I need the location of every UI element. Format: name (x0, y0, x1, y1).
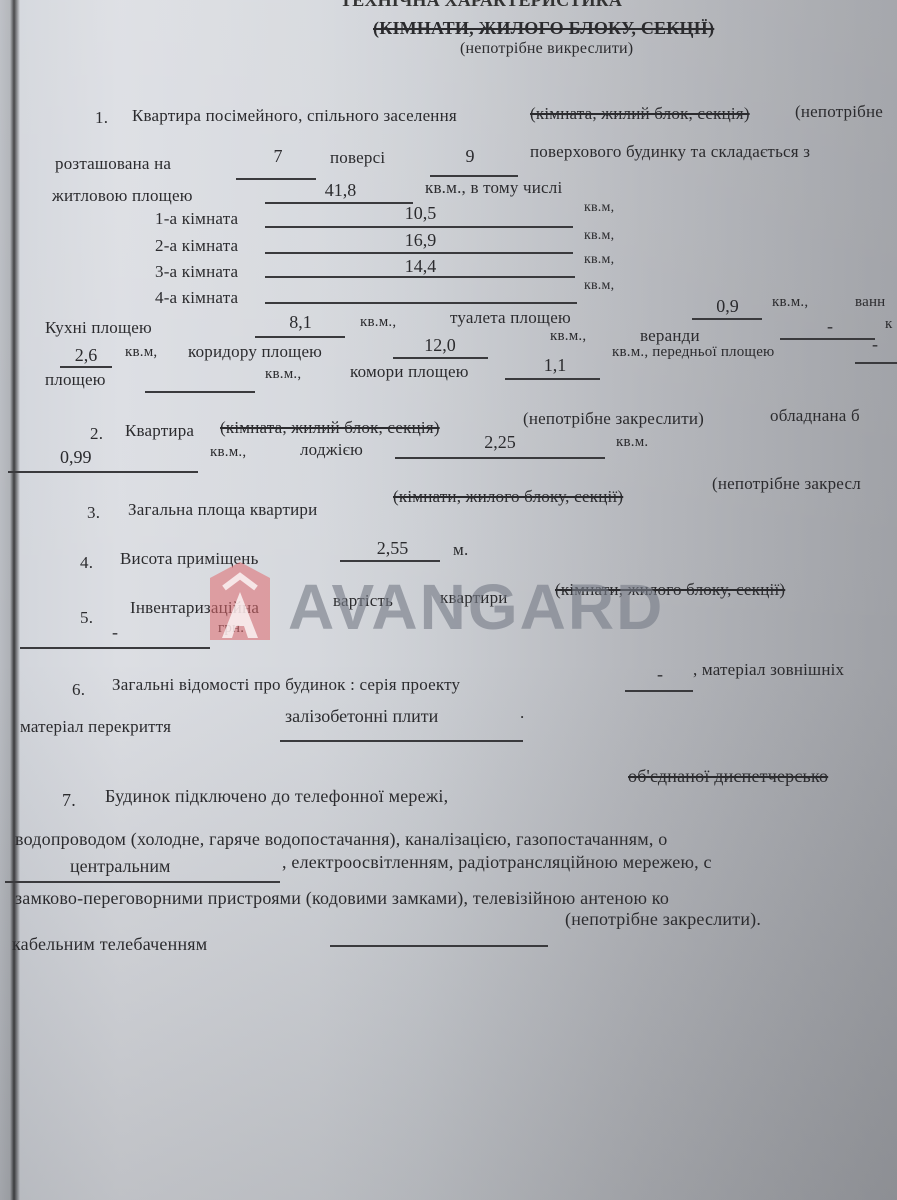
room-2-value: 16,9 (268, 230, 573, 251)
floor-material-line (280, 740, 523, 742)
balcony-line (8, 471, 198, 473)
item7-text: Будинок підключено до телефонної мережі, (105, 786, 448, 807)
item2-text: Квартира (125, 421, 194, 441)
item1-number: 1. (95, 108, 108, 128)
living-area-value: 41,8 (268, 180, 413, 201)
corridor-value: 12,0 (395, 335, 485, 356)
corridor-unit: кв.м., (550, 328, 586, 345)
toilet-value: 0,9 (695, 296, 760, 317)
loggia-unit: кв.м. (616, 434, 648, 451)
item2-number: 2. (90, 424, 103, 444)
header-struck: (КІМНАТИ, ЖИЛОГО БЛОКУ, СЕКЦІЇ) (373, 18, 714, 39)
storage-unit: кв.м., передньої площею (612, 344, 774, 361)
item7-line4: замково-переговорними пристроями (кодови… (15, 888, 669, 909)
front-line (855, 362, 897, 364)
room-2-label: 2-а кімната (155, 236, 238, 256)
corridor-line (393, 357, 488, 359)
item1-text: Квартира посімейного, спільного заселенн… (132, 106, 457, 126)
walls-text: , матеріал зовнішніх (693, 660, 844, 680)
living-area-unit: кв.м., в тому числі (425, 178, 562, 198)
series-value: - (635, 664, 685, 685)
storage-line (505, 378, 600, 380)
series-line (625, 690, 693, 692)
item7-line2: водопроводом (холодне, гаряче водопостач… (15, 829, 667, 850)
line4-blank-line (145, 391, 255, 393)
floor-material-dot: . (520, 703, 524, 723)
living-area-label: житловою площею (52, 186, 193, 206)
height-line (340, 560, 440, 562)
loggia-value: 2,25 (400, 432, 600, 453)
cable-tv-label: кабельним телебаченням (12, 934, 207, 955)
room-1-value: 10,5 (268, 203, 573, 224)
room-3-value: 14,4 (268, 256, 573, 277)
floor-material-value: залізобетонні плити (285, 706, 510, 727)
room-1-line (265, 226, 573, 228)
heating-line (5, 881, 280, 883)
item2-equipped: обладнана б (770, 406, 860, 426)
storage-label: комори площею (350, 362, 469, 382)
item2-note: (непотрібне закреслити) (523, 409, 704, 429)
heating-value: центральним (70, 856, 240, 877)
item5-text2: вартість (333, 591, 393, 611)
room-1-label: 1-а кімната (155, 209, 238, 229)
line4-unit: кв.м., (265, 366, 301, 383)
floor-material-label: матеріал перекриття (20, 717, 171, 737)
room-3-unit: кв.м, (584, 252, 614, 268)
item5-number: 5. (80, 608, 93, 628)
item3-text: Загальна площа квартири (128, 500, 317, 520)
inventory-value: - (100, 622, 130, 643)
room-2-unit: кв.м, (584, 228, 614, 244)
floors-total-line (430, 175, 518, 177)
balcony-unit: кв.м., (210, 444, 246, 461)
front-value: - (860, 334, 890, 355)
item5-text1: Інвентаризаційна (130, 598, 259, 618)
room-4-line (265, 302, 577, 304)
kitchen-unit: кв.м., (360, 314, 396, 331)
line4-start: площею (45, 370, 106, 390)
item4-number: 4. (80, 553, 93, 573)
kitchen-label: Кухні площею (45, 318, 152, 338)
balcony-value: 0,99 (60, 447, 180, 468)
item7-number: 7. (62, 790, 76, 811)
corridor-label: коридору площею (188, 342, 322, 362)
height-value: 2,55 (345, 538, 440, 559)
bath-unit: кв.м, (125, 344, 157, 361)
floor-value: 7 (238, 146, 318, 167)
veranda-unit: к (885, 316, 893, 333)
bath-value: 2,6 (62, 345, 110, 366)
inventory-unit: грн. (218, 620, 244, 637)
storage-value: 1,1 (510, 355, 600, 376)
item7-line3: , електроосвітленням, радіотрансляційною… (282, 852, 712, 873)
room-3-label: 3-а кімната (155, 262, 238, 282)
room-4-label: 4-а кімната (155, 288, 238, 308)
item1-struck: (кімната, жилий блок, секція) (530, 104, 750, 124)
room-3-line (265, 276, 575, 278)
inventory-line (20, 647, 210, 649)
item7-struck: об'єднаної диспетчерсько (628, 766, 828, 787)
located-label: розташована на (55, 154, 171, 174)
item6-number: 6. (72, 680, 85, 700)
room-1-unit: кв.м, (584, 200, 614, 216)
room-2-line (265, 252, 573, 254)
floor-label: поверсі (330, 148, 385, 168)
item5-text3: квартири (440, 588, 508, 608)
bath-label: ванн (855, 294, 885, 311)
cable-tv-line (330, 945, 548, 947)
room-4-unit: кв.м, (584, 278, 614, 294)
item1-note: (непотрібне (795, 102, 883, 122)
kitchen-line (255, 336, 345, 338)
loggia-label: лоджією (300, 440, 363, 460)
item7-note: (непотрібне закреслити). (565, 909, 761, 930)
building-label: поверхового будинку та складається з (530, 142, 810, 162)
header-note: (непотрібне викреслити) (460, 40, 633, 58)
item4-text: Висота приміщень (120, 549, 259, 569)
toilet-unit: кв.м., (772, 294, 808, 311)
header-partial: ТЕХНІЧНА ХАРАКТЕРИСТИКА (340, 0, 622, 11)
item3-struck: (кімнати, жилого блоку, секції) (393, 487, 623, 507)
item3-number: 3. (87, 503, 100, 523)
item3-note: (непотрібне закресл (712, 474, 861, 494)
item6-text: Загальні відомості про будинок : серія п… (112, 675, 460, 695)
height-unit: м. (453, 540, 468, 560)
kitchen-value: 8,1 (258, 312, 343, 333)
toilet-label: туалета площею (450, 308, 571, 328)
veranda-label: веранди (640, 326, 700, 346)
item5-struck: (кімнати, жилого блоку, секції) (555, 580, 785, 600)
loggia-line (395, 457, 605, 459)
floors-total-value: 9 (430, 146, 510, 167)
bath-line (60, 366, 112, 368)
toilet-line (692, 318, 762, 320)
